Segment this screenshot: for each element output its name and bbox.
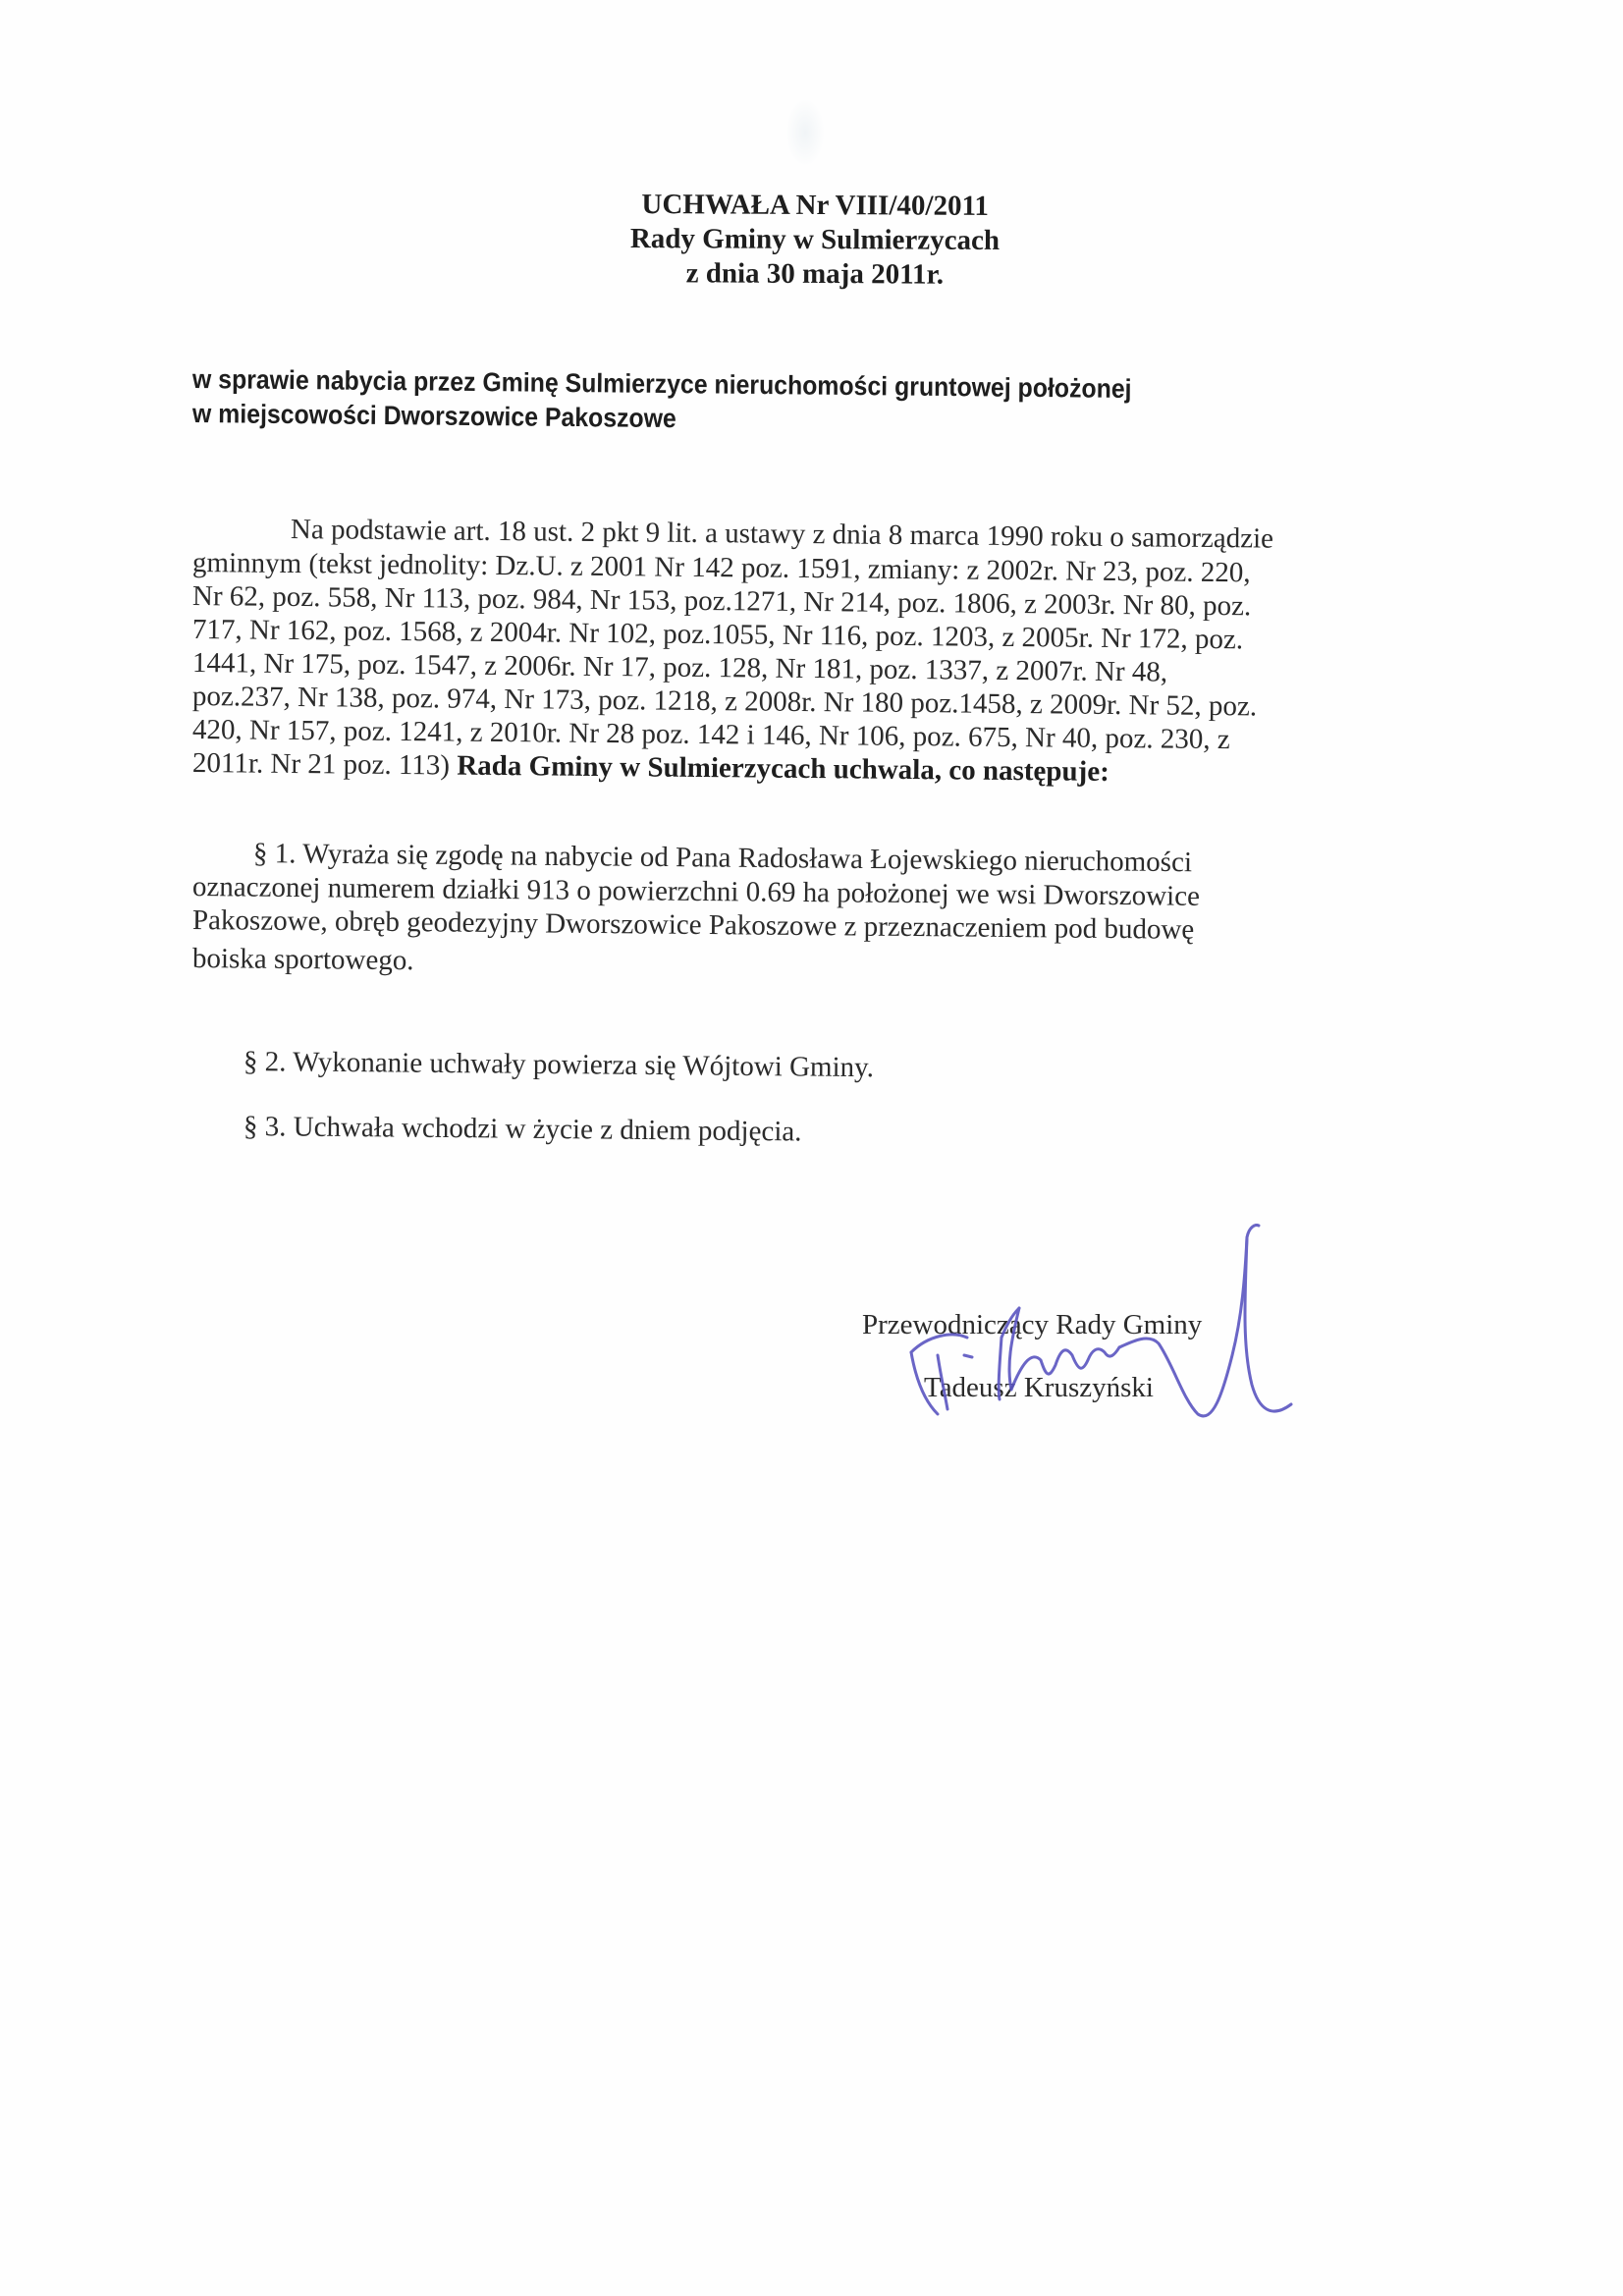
handwritten-signature-icon [854,1218,1306,1453]
paragraph-3: § 3. Uchwała wchodzi w życie z dniem pod… [243,1111,802,1148]
paragraph-2: § 2. Wykonanie uchwały powierza się Wójt… [243,1046,874,1084]
resolution-date: z dnia 30 maja 2011r. [569,256,1060,294]
resolution-title: UCHWAŁA Nr VIII/40/2011 [569,188,1060,225]
preamble-line: 2011r. Nr 21 poz. 113) [192,747,458,782]
document-page: UCHWAŁA Nr VIII/40/2011 Rady Gminy w Sul… [0,0,1623,2296]
resolution-header: UCHWAŁA Nr VIII/40/2011 Rady Gminy w Sul… [569,188,1061,294]
scan-smudge [785,98,825,167]
resolution-issuer: Rady Gminy w Sulmierzycach [569,222,1060,259]
subject-line-2: w miejscowości Dworszowice Pakoszowe [192,398,676,435]
paragraph-1-line: boiska sportowego. [192,943,414,977]
enacting-clause: Rada Gminy w Sulmierzycach uchwala, co n… [457,750,1109,788]
signature-block: Przewodniczący Rady Gminy Tadeusz Kruszy… [854,1218,1306,1453]
